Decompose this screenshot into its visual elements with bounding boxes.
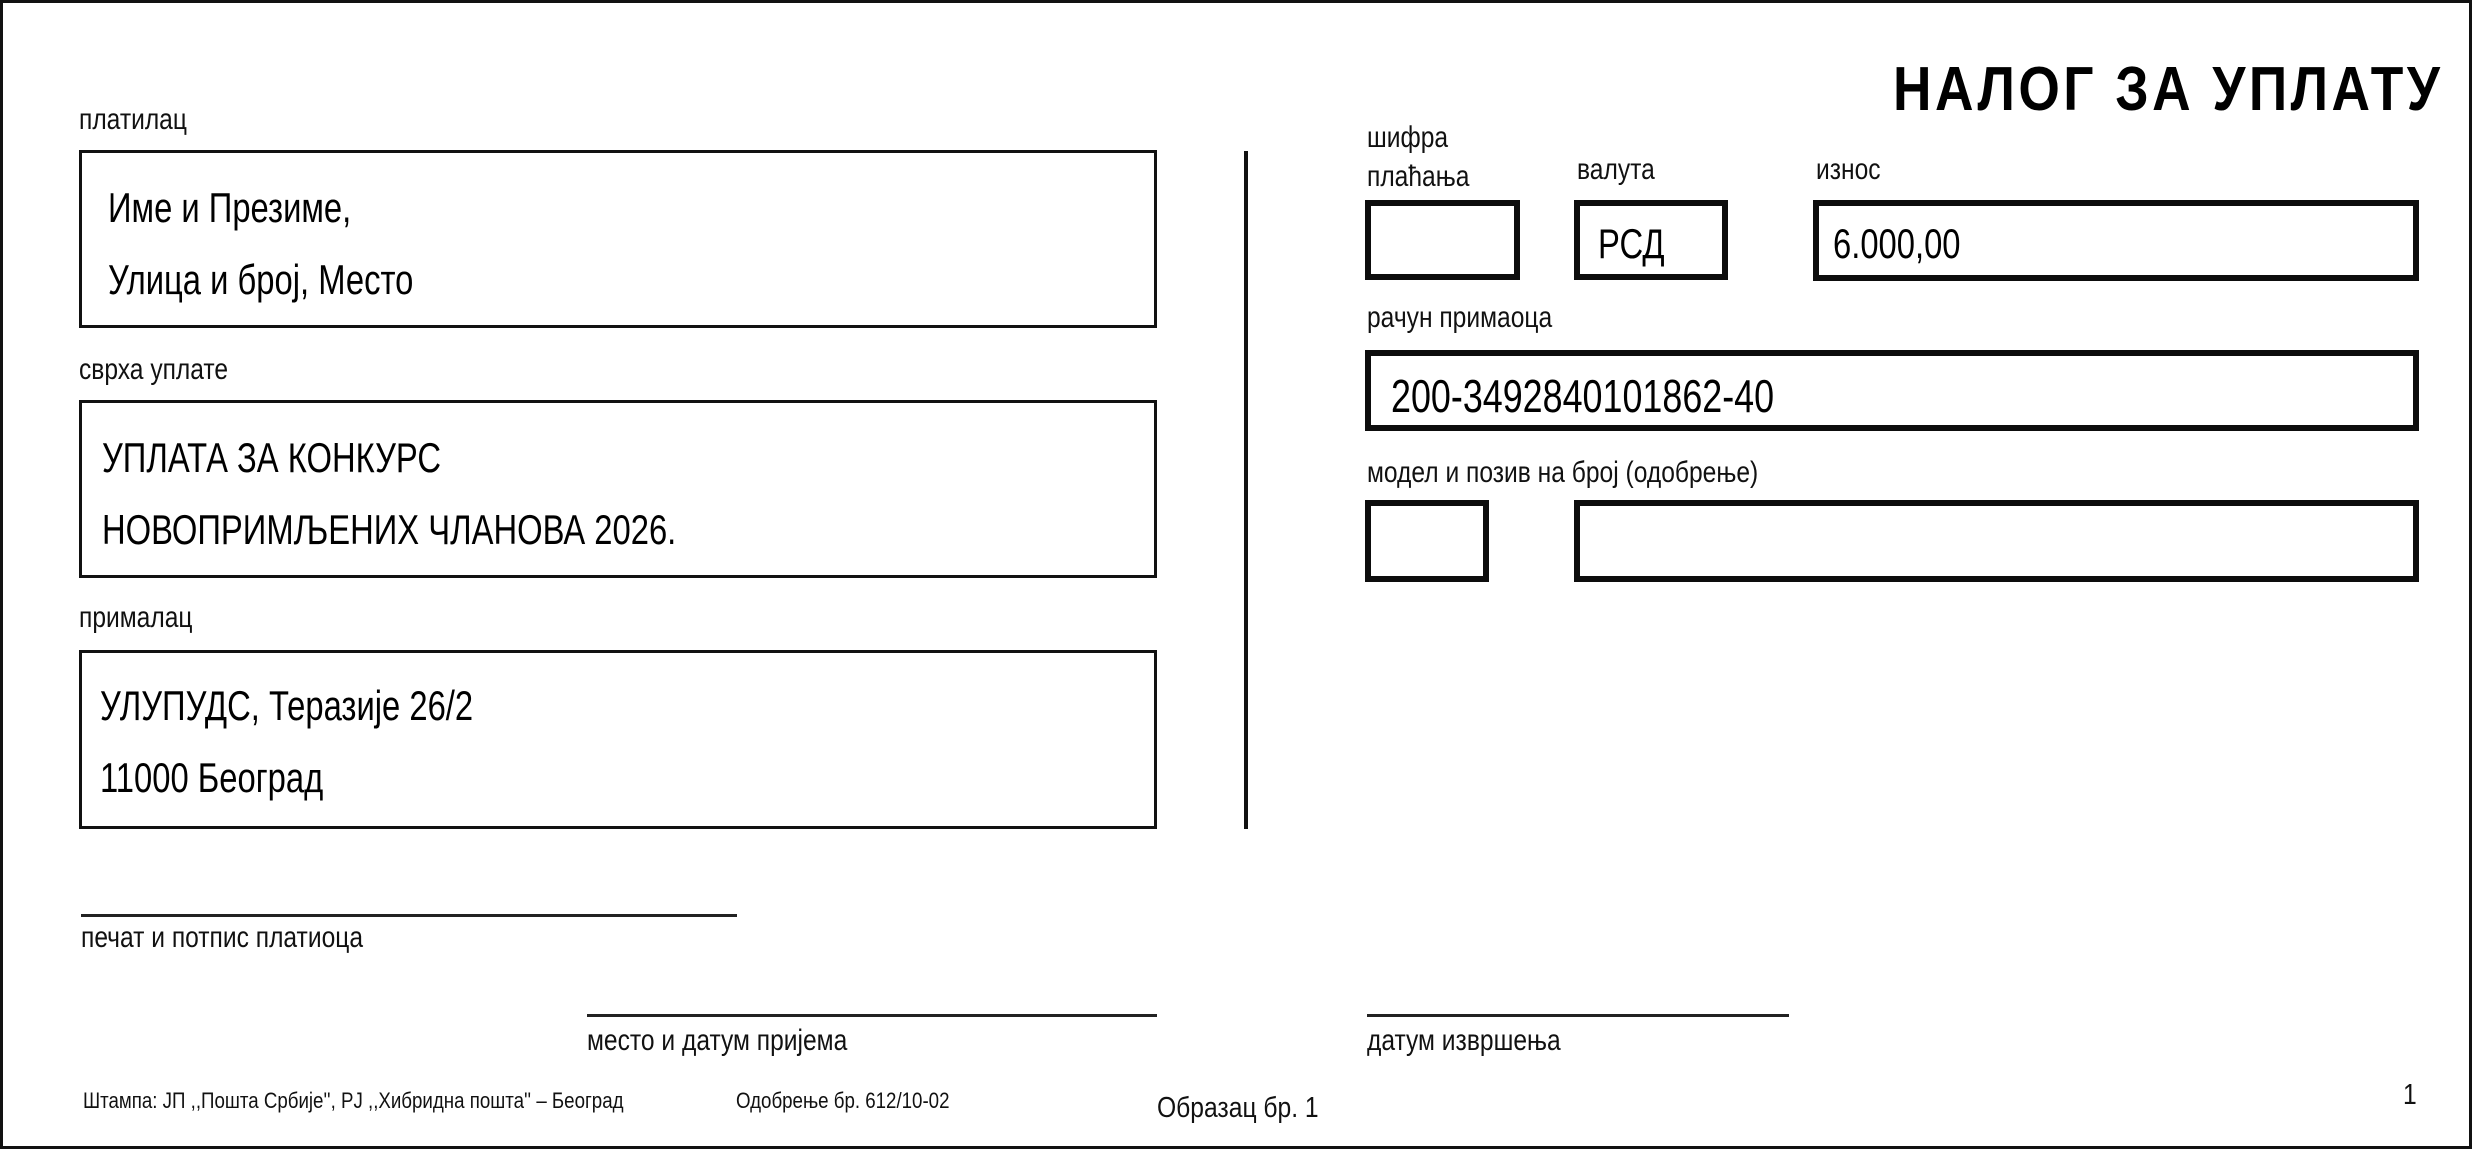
recipient-account-value-text: 200-3492840101862-40 — [1391, 373, 1774, 419]
execution-date-label: датум извршења — [1367, 1024, 1603, 1058]
recipient-account-field[interactable]: 200-3492840101862-40 — [1365, 350, 2419, 431]
form-title: НАЛОГ ЗА УПЛАТУ — [1893, 59, 2472, 121]
payment-order-form: НАЛОГ ЗА УПЛАТУ платилац Име и Презиме, … — [0, 0, 2472, 1149]
recipient-line-1: УЛУПУДС, Теразије 26/2 — [100, 685, 578, 727]
printer-info-text: Штампа: ЈП ,,Пошта Србије'', РЈ ,,Хибрид… — [83, 1090, 624, 1112]
reference-model-field[interactable] — [1365, 500, 1489, 582]
currency-value: РСД — [1598, 223, 1683, 265]
purpose-label-text: сврха уплате — [79, 353, 228, 387]
reference-number-field[interactable] — [1574, 500, 2419, 582]
purpose-line-1-text: УПЛАТА ЗА КОНКУРС — [102, 437, 441, 479]
execution-date-line — [1367, 1014, 1789, 1017]
recipient-line-2: 11000 Београд — [100, 757, 386, 799]
payment-code-label-line-2: плаћања — [1367, 160, 1469, 194]
currency-value-text: РСД — [1598, 223, 1665, 265]
payment-code-label-2: плаћања — [1367, 160, 1492, 194]
recipient-label: прималац — [79, 601, 217, 635]
recipient-account-value: 200-3492840101862-40 — [1391, 373, 1882, 419]
signature-label-text: печат и потпис платиоца — [81, 921, 363, 955]
page-number: 1 — [2403, 1081, 2419, 1110]
payer-line-2: Улица и број, Место — [108, 259, 499, 301]
signature-label: печат и потпис платиоца — [81, 921, 425, 955]
purpose-line-1: УПЛАТА ЗА КОНКУРС — [102, 437, 537, 479]
recipient-field[interactable]: УЛУПУДС, Теразије 26/2 11000 Београд — [79, 650, 1157, 829]
recipient-account-label-text: рачун примаоца — [1367, 301, 1552, 335]
payment-code-label-line-1: шифра — [1367, 121, 1448, 155]
amount-label-text: износ — [1816, 153, 1881, 187]
amount-value-text: 6.000,00 — [1833, 223, 1961, 265]
payer-line-1-text: Име и Презиме, — [108, 187, 351, 229]
approval-info: Одобрење бр. 612/10-02 — [736, 1090, 987, 1112]
page-number-text: 1 — [2403, 1081, 2417, 1110]
column-divider — [1244, 151, 1248, 829]
printer-info: Штампа: ЈП ,,Пошта Србије'', РЈ ,,Хибрид… — [83, 1090, 719, 1112]
purpose-label: сврха уплате — [79, 353, 261, 387]
amount-value: 6.000,00 — [1833, 223, 1997, 265]
reference-label: модел и позив на број (одобрење) — [1367, 456, 1844, 490]
payment-code-field[interactable] — [1365, 200, 1520, 280]
form-number: Образац бр. 1 — [1157, 1094, 1347, 1123]
payer-line-2-text: Улица и број, Место — [108, 259, 413, 301]
currency-label-text: валута — [1577, 153, 1655, 187]
currency-field[interactable]: РСД — [1574, 200, 1728, 280]
reference-label-text: модел и позив на број (одобрење) — [1367, 456, 1758, 490]
approval-info-text: Одобрење бр. 612/10-02 — [736, 1090, 949, 1112]
recipient-account-label: рачун примаоца — [1367, 301, 1593, 335]
place-date-received-label: место и датум пријема — [587, 1024, 904, 1058]
payment-code-label: шифра — [1367, 121, 1466, 155]
amount-field[interactable]: 6.000,00 — [1813, 200, 2419, 281]
purpose-line-2: НОВОПРИМЉЕНИХ ЧЛАНОВА 2026. — [102, 509, 838, 551]
form-title-text: НАЛОГ ЗА УПЛАТУ — [1893, 59, 2443, 121]
payer-label: платилац — [79, 103, 211, 137]
payer-label-text: платилац — [79, 103, 187, 137]
currency-label: валута — [1577, 153, 1672, 187]
form-number-text: Образац бр. 1 — [1157, 1094, 1319, 1123]
recipient-line-1-text: УЛУПУДС, Теразије 26/2 — [100, 685, 473, 727]
payer-field[interactable]: Име и Презиме, Улица и број, Место — [79, 150, 1157, 328]
purpose-line-2-text: НОВОПРИМЉЕНИХ ЧЛАНОВА 2026. — [102, 509, 676, 551]
payer-line-1: Име и Презиме, — [108, 187, 420, 229]
place-date-received-label-text: место и датум пријема — [587, 1024, 847, 1058]
recipient-line-2-text: 11000 Београд — [100, 757, 323, 799]
purpose-field[interactable]: УПЛАТА ЗА КОНКУРС НОВОПРИМЉЕНИХ ЧЛАНОВА … — [79, 400, 1157, 578]
place-date-received-line — [587, 1014, 1157, 1017]
signature-line — [81, 914, 737, 917]
execution-date-label-text: датум извршења — [1367, 1024, 1561, 1058]
recipient-label-text: прималац — [79, 601, 192, 635]
amount-label: износ — [1816, 153, 1895, 187]
